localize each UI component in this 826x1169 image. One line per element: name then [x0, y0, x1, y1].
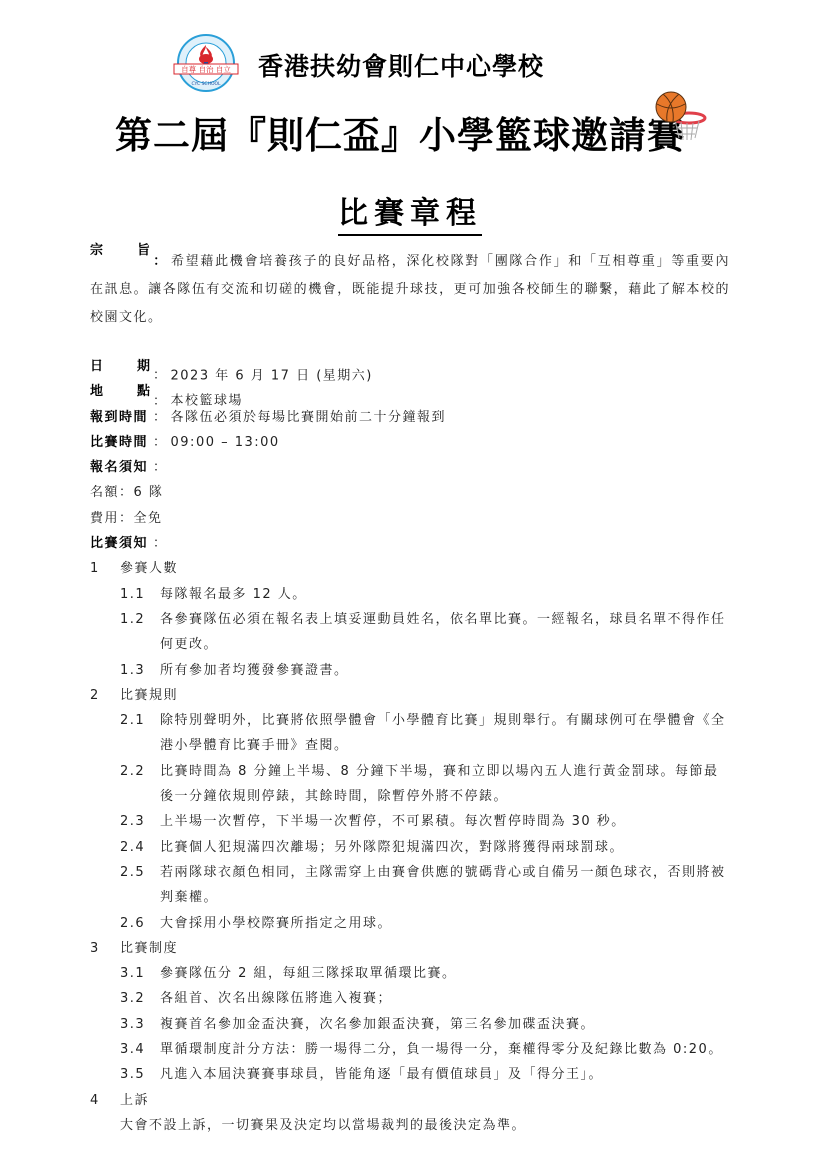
info-time: 比賽時間：09:00 – 13:00 [90, 430, 730, 455]
info-date: 日期：2023 年 6 月 17 日 (星期六) [90, 354, 730, 379]
subtitle: 比賽章程 [338, 188, 482, 236]
list-item: 3.4單循環制度計分方法：勝一場得二分，負一場得一分，棄權得零分及紀錄比數為 0… [90, 1037, 730, 1062]
list-item: 2.3上半場一次暫停，下半場一次暫停，不可累積。每次暫停時間為 30 秒。 [90, 809, 730, 834]
info-rules: 比賽須知： [90, 531, 730, 556]
list-item: 2.4比賽個人犯規滿四次離場；另外隊際犯規滿四次，對隊將獲得兩球罰球。 [90, 835, 730, 860]
school-crest-icon: 自尊 自治 自立 CYC SCHOOL [170, 33, 242, 93]
section-3: 3比賽制度 3.1參賽隊伍分 2 組，每組三隊採取單循環比賽。 3.2各組首、次… [90, 936, 730, 1088]
info-checkin: 報到時間：各隊伍必須於每場比賽開始前二十分鐘報到 [90, 405, 730, 430]
svg-text:自尊 自治 自立: 自尊 自治 自立 [181, 64, 231, 74]
info-registration: 報名須知： [90, 455, 730, 480]
list-item: 3.3複賽首名參加金盃決賽，次名參加銀盃決賽，第三名參加碟盃決賽。 [90, 1012, 730, 1037]
list-item: 1.1每隊報名最多 12 人。 [90, 582, 730, 607]
school-header: 自尊 自治 自立 CYC SCHOOL 香港扶幼會則仁中心學校 [170, 33, 590, 93]
purpose-label: 宗旨 [90, 237, 150, 265]
basketball-hoop-icon [653, 90, 709, 144]
section-2: 2比賽規則 2.1除特別聲明外，比賽將依照學體會「小學體育比賽」規則舉行。有關球… [90, 683, 730, 936]
list-item: 2.5若兩隊球衣顏色相同，主隊需穿上由賽會供應的號碼背心或自備另一顏色球衣，否則… [90, 860, 730, 911]
page-title: 第二屆『則仁盃』小學籃球邀請賽 [115, 105, 685, 159]
list-item: 3.5凡進入本屆決賽賽事球員，皆能角逐「最有價值球員」及「得分王」。 [90, 1062, 730, 1087]
appeal-note: 大會不設上訴，一切賽果及決定均以當場裁判的最後決定為準。 [90, 1113, 730, 1138]
list-item: 2.2比賽時間為 8 分鐘上半場、8 分鐘下半場，賽和立即以場內五人進行黃金罰球… [90, 759, 730, 810]
purpose-paragraph: 宗旨：希望藉此機會培養孩子的良好品格，深化校隊對「團隊合作」和「互相尊重」等重要… [90, 237, 730, 332]
purpose-text: 希望藉此機會培養孩子的良好品格，深化校隊對「團隊合作」和「互相尊重」等重要內在訊… [90, 254, 730, 325]
school-name: 香港扶幼會則仁中心學校 [258, 47, 544, 83]
document-body: 宗旨：希望藉此機會培養孩子的良好品格，深化校隊對「團隊合作」和「互相尊重」等重要… [90, 237, 730, 1138]
list-item: 2.1除特別聲明外，比賽將依照學體會「小學體育比賽」規則舉行。有關球例可在學體會… [90, 708, 730, 759]
list-item: 1.3所有參加者均獲發參賽證書。 [90, 658, 730, 683]
list-item: 3.1參賽隊伍分 2 組，每組三隊採取單循環比賽。 [90, 961, 730, 986]
info-fee: 費用：全免 [90, 506, 730, 531]
event-info: 日期：2023 年 6 月 17 日 (星期六) 地點：本校籃球場 報到時間：各… [90, 354, 730, 556]
section-4: 4上訴 大會不設上訴，一切賽果及決定均以當場裁判的最後決定為準。 [90, 1088, 730, 1139]
list-item: 3.2各組首、次名出線隊伍將進入複賽； [90, 986, 730, 1011]
info-quota: 名額：6 隊 [90, 480, 730, 505]
section-1: 1參賽人數 1.1每隊報名最多 12 人。 1.2各參賽隊伍必須在報名表上填妥運… [90, 556, 730, 682]
svg-text:CYC SCHOOL: CYC SCHOOL [191, 81, 221, 87]
list-item: 1.2各參賽隊伍必須在報名表上填妥運動員姓名，依名單比賽。一經報名，球員名單不得… [90, 607, 730, 658]
list-item: 2.6大會採用小學校際賽所指定之用球。 [90, 911, 730, 936]
info-venue: 地點：本校籃球場 [90, 379, 730, 404]
